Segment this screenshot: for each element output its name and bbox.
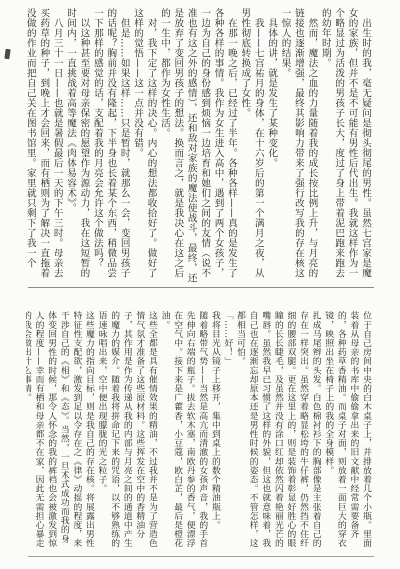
paragraph: 这些魔力的指向目标，则是我自己的存在核。将展露出男性特征性支配欲，激发到足以令存… <box>26 311 95 552</box>
paragraph: 具体的讲，就是发生了某种变化。 <box>265 8 278 284</box>
paragraph: 这些全都是具有催情效果的精油，不过我并不是为了营造色情气氛才准备了这些原材料。这… <box>95 311 158 552</box>
paragraph: 在那一晚之后，已经过了半年。各种各样——真的是发生了各种各样的事情。我作为女生进… <box>158 8 238 284</box>
top-text-block: 出生时的我，毫无疑问是彻头彻尾的男性。虽然七宫家是魔女的家族，但并不是不可能有男… <box>26 8 372 284</box>
paragraph: 我——七宫祐月的身体，在十六岁后的第一个满月之夜，从男性彻底转换成了女性。 <box>238 8 265 284</box>
paragraph: 扎成马尾辫的头发。白色棉衬衫下的胸部像是主张着自己的存在一样突出。虽然穿着略显松… <box>233 311 321 552</box>
scan-smudge-artifact <box>4 49 10 60</box>
paragraph: 随着略带气势——当然是高亢而清澈的女孩声音，我的手首先伸向右端的瓶子。拔去软木塞… <box>158 311 208 552</box>
bottom-text-block: 位于自己房间中央的白木桌子上，并排放着几个小瓶。里面装着从母亲的书库中偷偷拿出来… <box>26 311 372 552</box>
paragraph: 八月三十一日——也就是暑假最后一天的下午三时。母亲去买药草的种子，到晚上才会回来… <box>26 8 64 284</box>
paragraph: 出生时的我，毫无疑问是彻头彻尾的男性。虽然七宫家是魔女的家族，但并不是不可能有男… <box>318 8 372 284</box>
section-divider-line <box>28 287 374 288</box>
paragraph: 但是……如果这样……只是暂时，就那么一会，变回男孩子的话呢？胸前并没有隆起，下半… <box>90 8 130 284</box>
paragraph: 位于自己房间中央的白木桌子上，并排放着几个小瓶。里面装着从母亲的书库中偷偷拿出来… <box>322 311 372 552</box>
paragraph: 对，我下定了这样的决心。内心的想法都收拾好了。做好了这样的觉悟——这一点并没有错… <box>131 8 158 284</box>
book-page: 出生时的我，毫无疑问是彻头彻尾的男性。虽然七宫家是魔女的家族，但并不是不可能有男… <box>0 0 400 569</box>
paragraph: 我将目光从镜子上移开，集中到桌上的数个精油瓶上。 <box>208 311 221 552</box>
paragraph: 「……好！」 <box>221 311 234 552</box>
page-bottom-rule <box>28 556 374 557</box>
paragraph: 然而，魔法之血的力量随着我的成长按比例上升，与月亮的链接也逐渐增强，最终其影响力… <box>278 8 318 284</box>
paragraph: 以这种甚至要对母亲保密的愿望作为源动力，我在这短暂的时间内，一直挑战着高等魔法《… <box>64 8 91 284</box>
